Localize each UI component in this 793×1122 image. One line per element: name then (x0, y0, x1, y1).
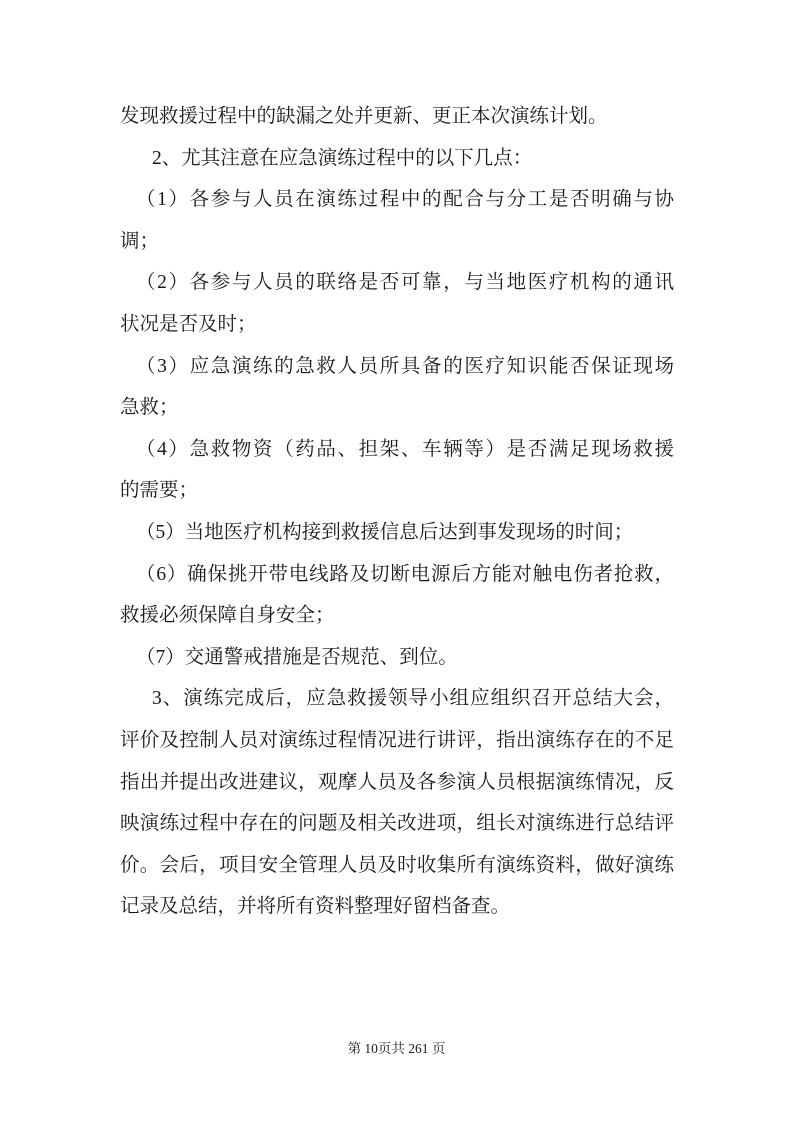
text-line: （4）急救物资（药品、担架、车辆等）是否满足现场救援 (136, 429, 674, 471)
text-line: 发现救援过程中的缺漏之处并更新、更正本次演练计划。 (120, 96, 674, 138)
text-line: （6）确保挑开带电线路及切断电源后方能对触电伤者抢救， (136, 554, 674, 596)
page-number-label: 第 10页共 261 页 (348, 1041, 446, 1056)
text-line: 记录及总结，并将所有资料整理好留档备查。 (120, 886, 674, 928)
text-line: 状况是否及时； (120, 304, 674, 346)
document-page: 发现救援过程中的缺漏之处并更新、更正本次演练计划。2、尤其注意在应急演练过程中的… (0, 0, 793, 1122)
text-line: 调； (120, 221, 674, 263)
text-line: 评价及控制人员对演练过程情况进行讲评，指出演练存在的不足 (120, 720, 674, 762)
text-line: 3、演练完成后，应急救援领导小组应组织召开总结大会， (152, 678, 674, 720)
text-line: 2、尤其注意在应急演练过程中的以下几点： (152, 138, 674, 180)
page-footer: 第 10页共 261 页 (0, 1038, 793, 1060)
text-line: （5）当地医疗机构接到救援信息后达到事发现场的时间； (136, 512, 674, 554)
text-line: 指出并提出改进建议，观摩人员及各参演人员根据演练情况，反 (120, 762, 674, 804)
text-line: （1）各参与人员在演练过程中的配合与分工是否明确与协 (136, 179, 674, 221)
text-line: （3）应急演练的急救人员所具备的医疗知识能否保证现场 (136, 346, 674, 388)
text-line: 映演练过程中存在的问题及相关改进项，组长对演练进行总结评 (120, 803, 674, 845)
text-line: 的需要； (120, 470, 674, 512)
text-line: （7）交通警戒措施是否规范、到位。 (136, 637, 674, 679)
text-line: （2）各参与人员的联络是否可靠，与当地医疗机构的通讯 (136, 262, 674, 304)
text-line: 价。会后，项目安全管理人员及时收集所有演练资料，做好演练 (120, 845, 674, 887)
text-line: 急救； (120, 387, 674, 429)
text-line: 救援必须保障自身安全； (120, 595, 674, 637)
